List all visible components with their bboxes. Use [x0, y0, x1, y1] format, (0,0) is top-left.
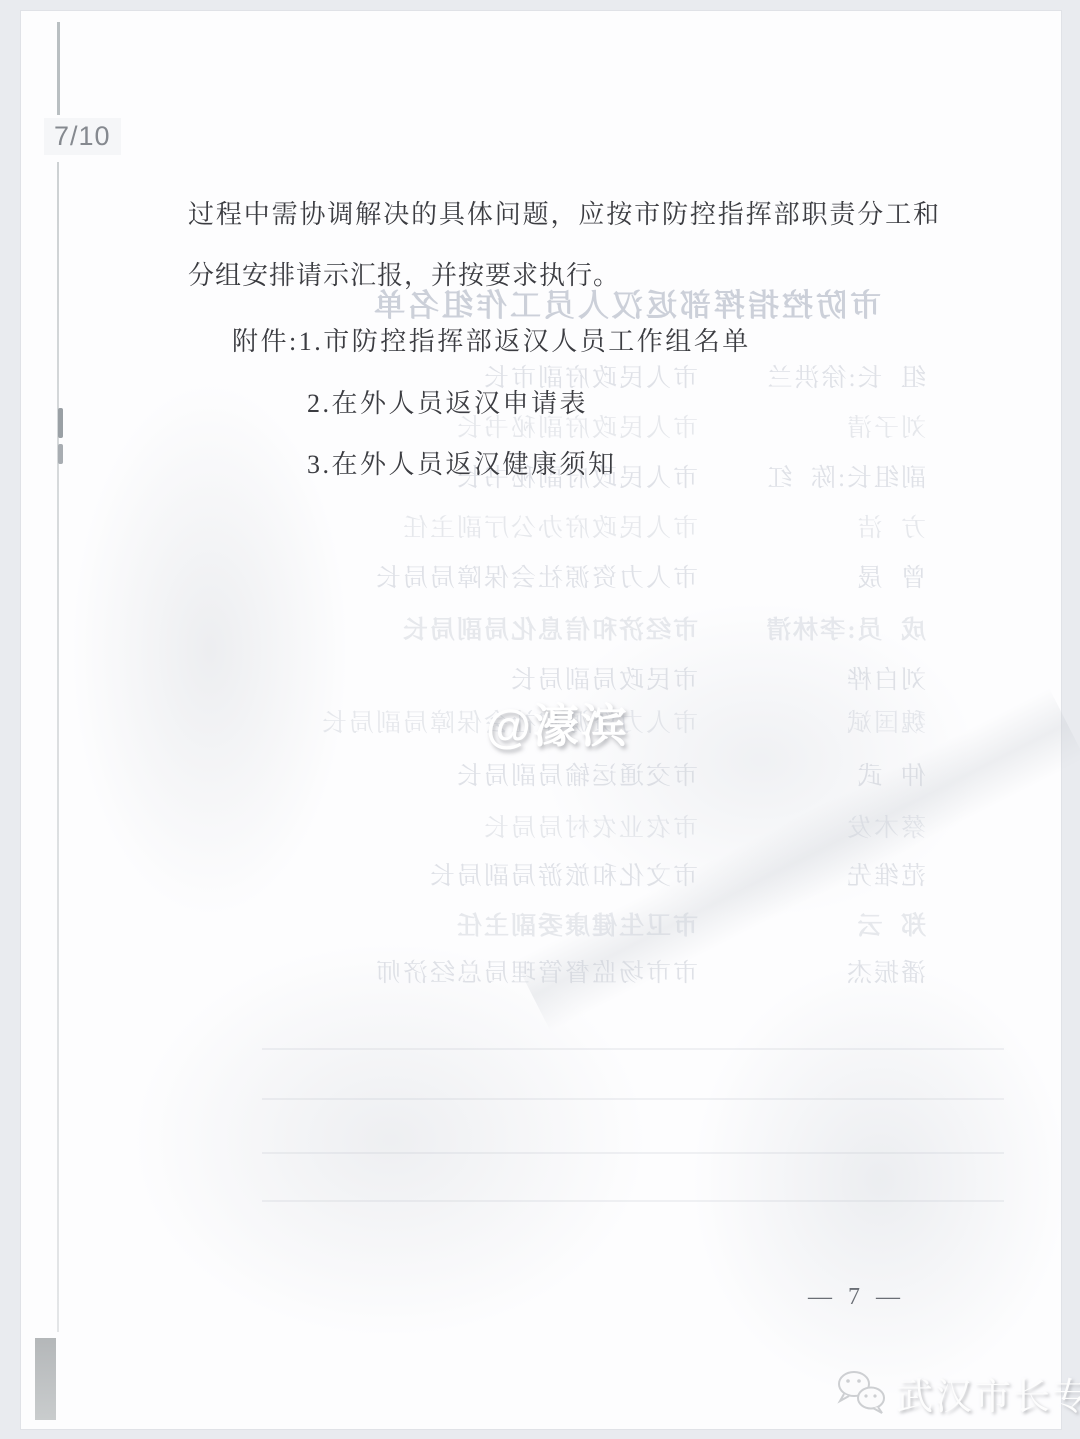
page-fold-line [57, 22, 60, 115]
page-fold-line [57, 162, 59, 1332]
bleedthrough-table-line [262, 1098, 1004, 1100]
bleedthrough-table-line [262, 1048, 1004, 1050]
wechat-icon [834, 1368, 892, 1418]
attachment-item-2: 2.在外人员返汉申请表 [307, 383, 588, 420]
page-number: — 7 — [808, 1284, 905, 1311]
bleedthrough-table-line [262, 1152, 1004, 1154]
scan-artifact [58, 444, 63, 464]
body-paragraph: 过程中需协调解决的具体问题，应按市防控指挥部职责分工和分组安排请示汇报，并按要求… [188, 184, 940, 306]
attachment-item-3: 3.在外人员返汉健康须知 [307, 444, 617, 481]
scan-artifact [58, 408, 63, 438]
footer-watermark-text: 武汉市长专线 [896, 1366, 1080, 1420]
center-watermark: @濠滨 [486, 690, 629, 756]
scan-artifact [35, 1338, 56, 1420]
footer-watermark: 武汉市长专线 [834, 1366, 1080, 1420]
bleedthrough-table-line [262, 1200, 1004, 1202]
attachment-item-1: 附件:1.市防控指挥部返汉人员工作组名单 [232, 321, 751, 358]
page-position-indicator: 7/10 [44, 118, 121, 155]
